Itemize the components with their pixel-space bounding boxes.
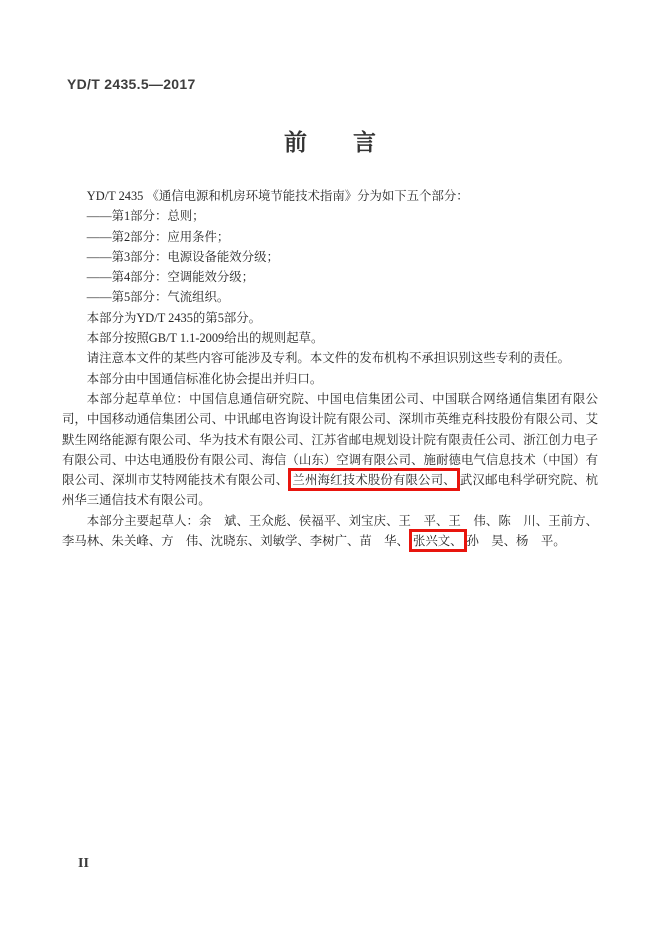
statement-patent-notice: 请注意本文件的某些内容可能涉及专利。本文件的发布机构不承担识别这些专利的责任。 [62, 348, 598, 368]
document-page: YD/T 2435.5—2017 前 言 YD/T 2435 《通信电源和机房环… [0, 0, 660, 933]
part-list-item-3: ——第3部分：电源设备能效分级； [62, 247, 598, 267]
drafting-units-paragraph: 本部分起草单位：中国信息通信研究院、中国电信集团公司、中国联合网络通信集团有限公… [62, 389, 598, 511]
foreword-body: YD/T 2435 《通信电源和机房环境节能技术指南》分为如下五个部分： ——第… [62, 186, 598, 551]
statement-drafting-rule: 本部分按照GB/T 1.1-2009给出的规则起草。 [62, 328, 598, 348]
part-list-item-4: ——第4部分：空调能效分级； [62, 267, 598, 287]
part-list-item-5: ——第5部分：气流组织。 [62, 287, 598, 307]
drafters-text-after: 孙 昊、杨 平。 [467, 534, 566, 548]
intro-paragraph: YD/T 2435 《通信电源和机房环境节能技术指南》分为如下五个部分： [62, 186, 598, 206]
part-list-item-2: ——第2部分：应用条件； [62, 227, 598, 247]
statement-part-of: 本部分为YD/T 2435的第5部分。 [62, 308, 598, 328]
drafters-paragraph: 本部分主要起草人：余 斌、王众彪、侯福平、刘宝庆、王 平、王 伟、陈 川、王前方… [62, 511, 598, 552]
statement-proposed-by: 本部分由中国通信标准化协会提出并归口。 [62, 369, 598, 389]
page-number: II [78, 856, 89, 872]
highlight-box-company: 兰州海红技术股份有限公司、 [288, 468, 460, 491]
foreword-title: 前 言 [0, 124, 660, 157]
highlight-box-person: 张兴文、 [409, 529, 467, 552]
part-list-item-1: ——第1部分：总则； [62, 206, 598, 226]
standard-number: YD/T 2435.5—2017 [67, 76, 196, 92]
